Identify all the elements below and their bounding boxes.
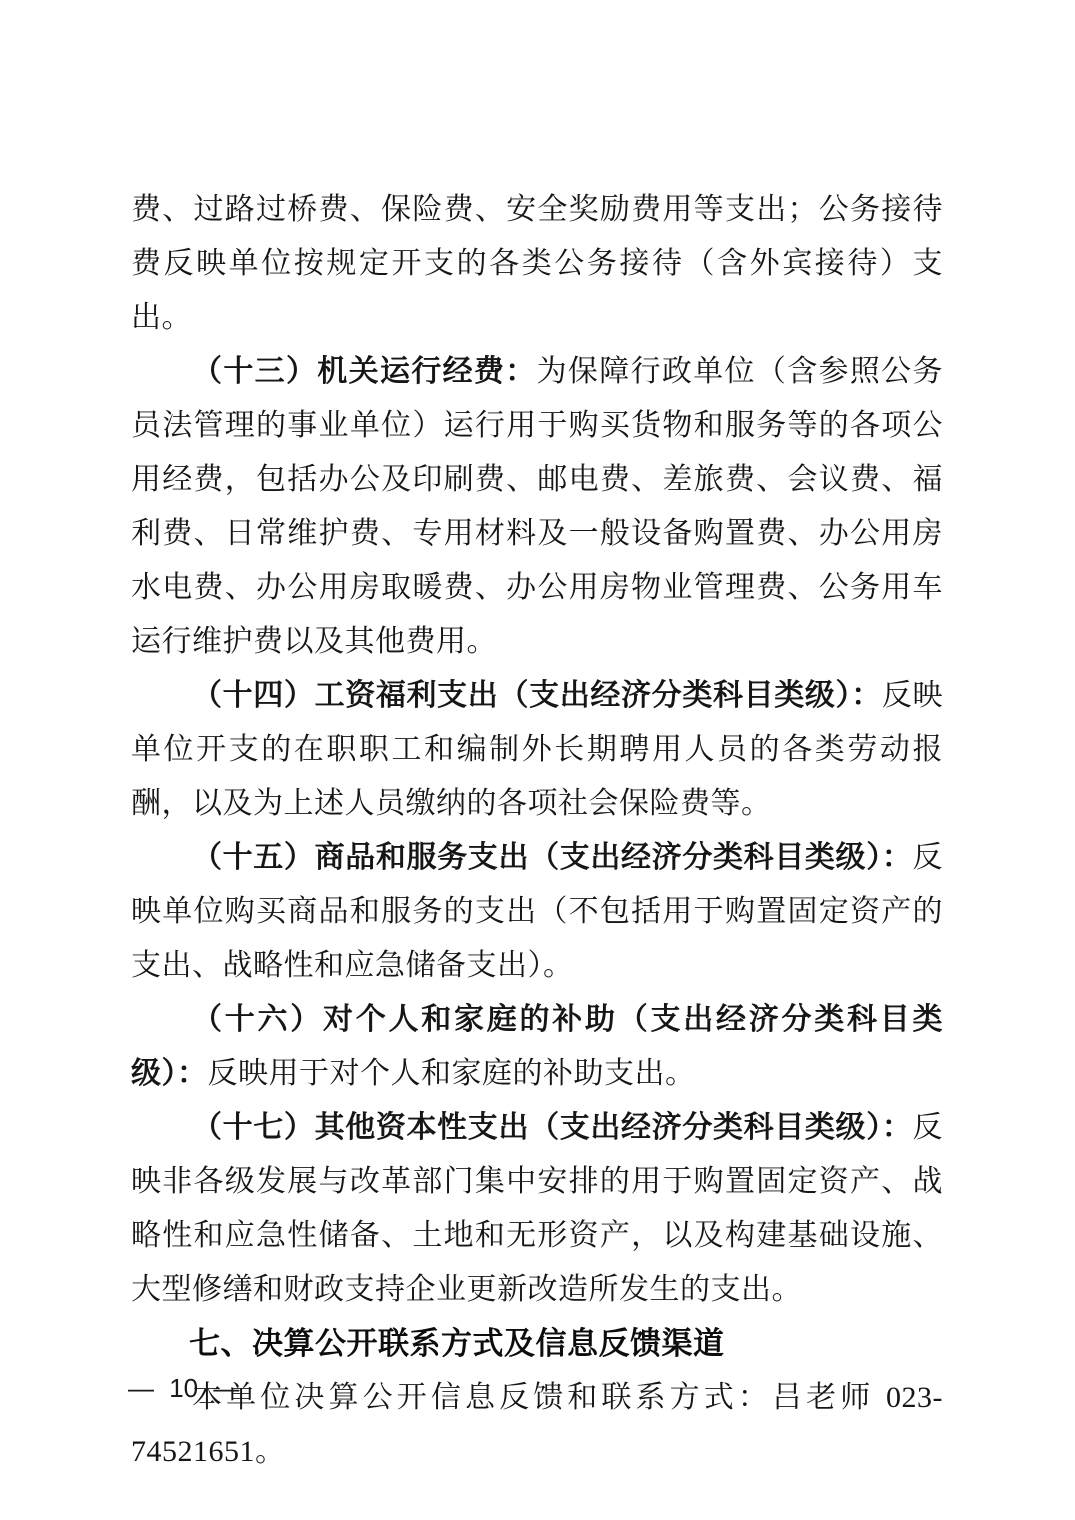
section-heading-7: 七、决算公开联系方式及信息反馈渠道 [131, 1317, 943, 1371]
paragraph-item-15: （十五）商品和服务支出（支出经济分类科目类级）：反映单位购买商品和服务的支出（不… [131, 831, 943, 993]
paragraph-item-16: （十六）对个人和家庭的补助（支出经济分类科目类级）：反映用于对个人和家庭的补助支… [131, 993, 943, 1101]
paragraph-text: 为保障行政单位（含参照公务员法管理的事业单位）运行用于购买货物和服务等的各项公用… [131, 355, 943, 658]
paragraph-contact: 本单位决算公开信息反馈和联系方式：吕老师 023-74521651。 [131, 1371, 943, 1479]
paragraph-lead: （十五）商品和服务支出（支出经济分类科目类级）： [192, 841, 913, 874]
contact-info-text: 本单位决算公开信息反馈和联系方式：吕老师 023-74521651。 [131, 1381, 943, 1468]
document-body: 费、过路过桥费、保险费、安全奖励费用等支出；公务接待费反映单位按规定开支的各类公… [131, 183, 943, 1479]
paragraph-lead: （十四）工资福利支出（支出经济分类科目类级）： [192, 679, 882, 712]
paragraph-lead: （十七）其他资本性支出（支出经济分类科目类级）： [192, 1111, 913, 1144]
paragraph-item-14: （十四）工资福利支出（支出经济分类科目类级）：反映单位开支的在职职工和编制外长期… [131, 669, 943, 831]
paragraph-continuation: 费、过路过桥费、保险费、安全奖励费用等支出；公务接待费反映单位按规定开支的各类公… [131, 183, 943, 345]
document-page: 费、过路过桥费、保险费、安全奖励费用等支出；公务接待费反映单位按规定开支的各类公… [0, 0, 1075, 1520]
paragraph-text: 费、过路过桥费、保险费、安全奖励费用等支出；公务接待费反映单位按规定开支的各类公… [131, 193, 943, 334]
paragraph-text: 反映用于对个人和家庭的补助支出。 [208, 1057, 696, 1090]
page-number: — 10 — [128, 1368, 239, 1408]
paragraph-lead: （十三）机关运行经费： [192, 355, 537, 388]
paragraph-item-13: （十三）机关运行经费：为保障行政单位（含参照公务员法管理的事业单位）运行用于购买… [131, 345, 943, 669]
paragraph-item-17: （十七）其他资本性支出（支出经济分类科目类级）：反映非各级发展与改革部门集中安排… [131, 1101, 943, 1317]
